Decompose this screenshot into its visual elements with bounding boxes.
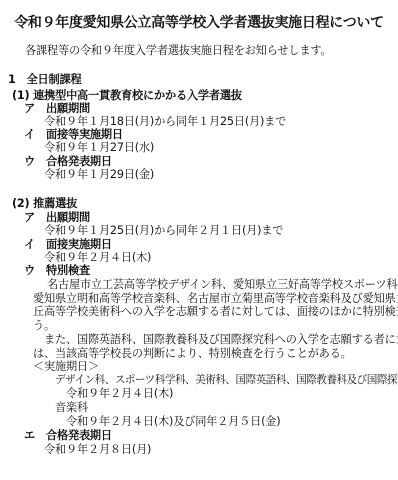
- special-exam-paragraph-1-line: 丘高等学校美術科への入学を志願する者に対しては、面接のほかに特別検査を行: [33, 305, 398, 319]
- sub1-application-period-value: 令和９年１月18日(月)から同年１月25日(月)まで: [44, 115, 286, 129]
- schedule-group-1-value: 令和９年２月４日(木): [66, 387, 173, 401]
- sub2-application-period-value: 令和９年１月25日(月)から同年２月１日(月)まで: [44, 224, 283, 238]
- sub1-interview-date-value: 令和９年１月27日(水): [44, 141, 154, 155]
- sub2-special-exam-label: ウ 特別検査: [24, 264, 90, 278]
- schedule-group-2-value: 令和９年２月４日(木)及び同年２月５日(金): [66, 415, 280, 429]
- sub2-result-date-label: エ 合格発表期日: [24, 429, 112, 443]
- sub1-result-date-value: 令和９年１月29日(金): [44, 168, 154, 182]
- special-exam-paragraph-2-line: は、当該高等学校長の判断により、特別検査を行うことがある。: [33, 347, 352, 361]
- schedule-heading: ＜実施期日＞: [33, 360, 99, 374]
- special-exam-paragraph-1-line: 愛知県立明和高等学校音楽科、名古屋市立菊里高等学校音楽科及び愛知県立旭: [33, 292, 398, 306]
- section-1-heading: 1 全日制課程: [8, 73, 82, 87]
- sub2-interview-date-label: イ 面接実施期日: [24, 238, 112, 252]
- page-title: 令和９年度愛知県公立高等学校入学者選抜実施日程について: [0, 12, 398, 32]
- intro-text: 各課程等の令和９年度入学者選抜実施日程をお知らせします。: [25, 44, 331, 58]
- schedule-group-1-label: デザイン科、スポーツ科学科、美術科、国際英語科、国際教養科及び国際探究科: [55, 373, 398, 387]
- sub2-result-date-value: 令和９年２月８日(月): [44, 443, 151, 457]
- special-exam-paragraph-1-line: 名古屋市立工芸高等学校デザイン科、愛知県立三好高等学校スポーツ科学科、: [36, 278, 398, 292]
- subsection-1-heading: (1) 連携型中高一貫教育校にかかる入学者選抜: [12, 89, 242, 103]
- sub1-application-period-label: ア 出願期間: [24, 102, 90, 116]
- sub1-interview-date-label: イ 面接等実施期日: [24, 128, 123, 142]
- subsection-2-heading: (2) 推薦選抜: [12, 197, 77, 211]
- sub1-result-date-label: ウ 合格発表期日: [24, 155, 112, 169]
- schedule-group-2-label: 音楽科: [55, 401, 88, 415]
- special-exam-paragraph-2-line: また、国際英語科、国際教養科及び国際探究科への入学を志願する者に対して: [33, 333, 398, 347]
- sub2-interview-date-value: 令和９年２月４日(木): [44, 251, 151, 265]
- sub2-application-period-label: ア 出願期間: [24, 211, 90, 225]
- special-exam-paragraph-1-line: う。: [33, 319, 55, 333]
